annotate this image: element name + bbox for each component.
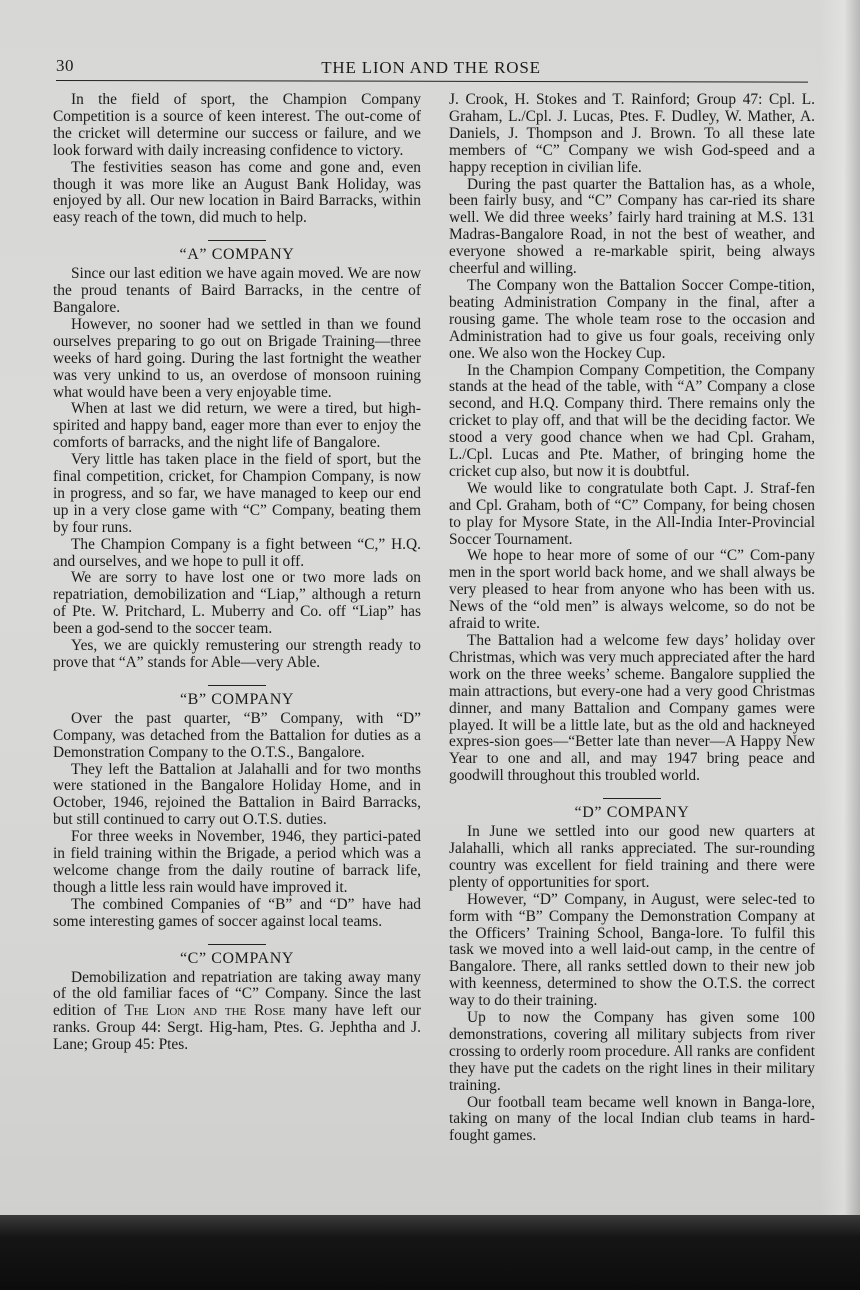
paragraph: The Battalion had a welcome few days’ ho… [449,633,815,785]
paragraph: They left the Battalion at Jalahalli and… [53,762,421,830]
page-header: 30 THE LION AND THE ROSE [56,56,806,82]
paragraph: Our football team became well known in B… [449,1095,815,1146]
paragraph: The festivities season has come and gone… [53,160,421,228]
paragraph: Up to now the Company has given some 100… [449,1010,815,1095]
paragraph: Yes, we are quickly remustering our stre… [53,638,421,672]
section-heading-d-company: “D” COMPANY [449,805,815,822]
scan-background-edge [0,1215,860,1290]
paragraph: In June we settled into our good new qua… [449,824,815,892]
paragraph-continued: J. Crook, H. Stokes and T. Rainford; Gro… [449,92,815,177]
section-heading-b-company: “B” COMPANY [53,692,421,709]
paragraph: However, no sooner had we settled in tha… [53,317,421,402]
section-divider [208,240,266,241]
paragraph: Since our last edition we have again mov… [53,266,421,317]
paragraph: We hope to hear more of some of our “C” … [449,548,815,633]
paragraph: However, “D” Company, in August, were se… [449,892,815,1010]
running-title: THE LION AND THE ROSE [56,58,806,78]
section-heading-a-company: “A” COMPANY [53,247,421,264]
left-column: In the field of sport, the Champion Comp… [53,92,421,1054]
paragraph: Demobilization and repatriation are taki… [53,970,421,1055]
magazine-page: 30 THE LION AND THE ROSE In the field of… [0,0,860,1222]
paragraph: We are sorry to have lost one or two mor… [53,570,421,638]
section-heading-c-company: “C” COMPANY [53,951,421,968]
paragraph: In the field of sport, the Champion Comp… [53,92,421,160]
paragraph: The combined Companies of “B” and “D” ha… [53,897,421,931]
paragraph: The Champion Company is a fight between … [53,537,421,571]
paragraph: During the past quarter the Battalion ha… [449,177,815,278]
right-column: J. Crook, H. Stokes and T. Rainford; Gro… [449,92,815,1145]
paragraph: In the Champion Company Competition, the… [449,363,815,481]
magazine-title-smallcaps: The Lion and the Rose [124,1002,285,1019]
paragraph: We would like to congratulate both Capt.… [449,481,815,549]
paragraph: The Company won the Battalion Soccer Com… [449,278,815,363]
section-divider [603,798,661,799]
paragraph: For three weeks in November, 1946, they … [53,829,421,897]
paragraph: When at last we did return, we were a ti… [53,401,421,452]
paragraph: Very little has taken place in the field… [53,452,421,537]
section-divider [208,944,266,945]
paragraph: Over the past quarter, “B” Company, with… [53,711,421,762]
section-divider [208,685,266,686]
